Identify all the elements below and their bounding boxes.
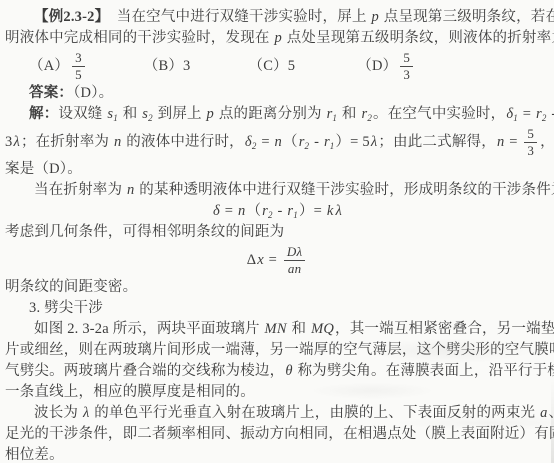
section-heading: 3. 劈尖干涉 (5, 298, 550, 319)
text-segment: ）= (299, 203, 326, 219)
discussion-line-3: 明条纹的间距变密。 (5, 277, 550, 298)
text-segment: = (265, 252, 281, 268)
text-segment: = (519, 106, 535, 122)
text-segment: ，故正确答 (540, 134, 554, 150)
text-segment: 。在空气中实验时， (373, 106, 505, 122)
text-segment: 明条纹的间距变密。 (5, 279, 137, 295)
text-segment: 和 (288, 321, 310, 337)
text-segment: 点的距离分别为 (215, 106, 326, 122)
math-variable: r2 (360, 106, 373, 122)
text-segment: 称为劈尖角。在薄膜表面上，沿平行于棱边的 (294, 363, 554, 379)
text-segment: （ (246, 203, 261, 219)
text-segment: 设双缝 (58, 106, 106, 122)
text-segment: （ (283, 134, 298, 150)
wedge-para-line-1: 如图 2. 3-2a 所示，两块平面玻璃片 MN 和 MQ，其一端互相紧密叠合，… (5, 319, 550, 340)
text-segment: 气劈尖。两玻璃片叠合端的交线称为棱边， (5, 363, 284, 379)
math-variable: r2 (535, 106, 548, 122)
math-variable: r1 (326, 106, 339, 122)
math-variable: λ (334, 203, 342, 219)
text-segment: （B）3 (144, 58, 191, 74)
wedge-para-line-2: 片或细丝，则在两玻璃片间形成一端薄，另一端厚的空气薄层，这个劈尖形的空气膜叫做空 (5, 340, 550, 361)
text-segment: 点呈现第三级明条纹，若在某透 (380, 9, 554, 25)
text-segment: Δ (247, 252, 257, 268)
text-segment: （C）5 (249, 58, 296, 74)
text-segment: 的单色平行光垂直入射在玻璃片上，由膜的上、下表面反射的两束光 (90, 405, 539, 421)
text-segment: 、 (549, 405, 554, 421)
math-variable: n (496, 134, 505, 150)
math-variable: δ (212, 203, 221, 219)
text-segment: 的某种透明液体中进行双缝干涉实验时，形成明条纹的干涉条件为 (135, 182, 554, 198)
answer-line: 答案：（D）。 (5, 83, 550, 104)
bold-label: 答案： (29, 85, 73, 101)
math-variable: x (256, 252, 265, 268)
text-segment: 当在折射率为 (34, 182, 126, 198)
math-variable: MQ (310, 321, 335, 337)
solution-line-1: 解：设双缝 s1 和 s2 到屏上 p 点的距离分别为 r1 和 r2。在空气中… (5, 104, 550, 125)
math-variable: p (371, 9, 380, 25)
math-variable: r2 (261, 203, 274, 219)
text-segment: 考虑到几何条件，可得相邻明条纹的间距为 (5, 224, 284, 240)
formula-fringe-spacing: Δx = Dλan (5, 243, 550, 277)
text-segment: 和 (338, 106, 360, 122)
math-variable: r2 (298, 134, 311, 150)
light-para-line-3: 相位差。 (5, 445, 550, 463)
text-segment: 一条直线上，相应的膜厚度是相同的。 (5, 384, 255, 400)
fraction: 53 (400, 51, 413, 83)
text-segment: 片或细丝，则在两玻璃片间形成一端薄，另一端厚的空气薄层，这个劈尖形的空气膜叫做空 (5, 342, 554, 358)
text-segment: = (505, 134, 521, 150)
text-segment: - (548, 106, 554, 122)
light-para-line-2: 足光的干涉条件，即二者频率相同、振动方向相同，在相遇点处（膜上表面附近）有固定 (5, 424, 550, 445)
question-line-2: 明液体中完成相同的干涉实验时，发现在 p 点处呈现第五级明条纹，则液体的折射率为 (5, 28, 550, 49)
math-variable: n (274, 134, 283, 150)
options-line: （A）35（B）3（C）5（D）53 (5, 49, 550, 83)
bold-label: 解： (29, 106, 58, 122)
wedge-para-line-3: 气劈尖。两玻璃片叠合端的交线称为棱边，θ 称为劈尖角。在薄膜表面上，沿平行于棱边… (5, 361, 550, 382)
solution-line-3: 案是（D）。 (5, 159, 550, 180)
math-variable: s1 (106, 106, 119, 122)
solution-line-2: 3λ；在折射率为 n 的液体中进行时，δ2 = n（r2 - r1）= 5λ；由… (5, 125, 550, 159)
discussion-line-2: 考虑到几何条件，可得相邻明条纹的间距为 (5, 222, 550, 243)
text-segment: ，其一端互相紧密叠合，另一端垫一薄纸 (335, 321, 554, 337)
document-body: 【例2.3-2】 当在空气中进行双缝干涉实验时，屏上 p 点呈现第三级明条纹，若… (0, 0, 554, 463)
math-variable: p (273, 30, 282, 46)
text-segment: = (221, 203, 237, 219)
math-variable: r1 (323, 134, 336, 150)
text-segment: 3. 劈尖干涉 (29, 300, 103, 316)
example-title-line: 【例2.3-2】 当在空气中进行双缝干涉实验时，屏上 p 点呈现第三级明条纹，若… (5, 7, 550, 28)
bold-label: 【例2.3-2】 (34, 9, 102, 25)
math-variable: p (206, 106, 215, 122)
math-variable: n (113, 134, 122, 150)
text-segment: 足光的干涉条件，即二者频率相同、振动方向相同，在相遇点处（膜上表面附近）有固定 (5, 426, 554, 442)
light-para-line-1: 波长为 λ 的单色平行光垂直入射在玻璃片上，由膜的上、下表面反射的两束光 a、b… (5, 403, 550, 424)
math-variable: θ (284, 363, 293, 379)
text-segment: 点处呈现第五级明条纹，则液体的折射率为 (283, 30, 554, 46)
fraction: Dλan (284, 245, 305, 277)
fraction: 53 (524, 127, 537, 159)
text-segment: 到屏上 (154, 106, 206, 122)
text-segment: - (310, 134, 323, 150)
text-segment: ；在折射率为 (21, 134, 113, 150)
math-variable: δ1 (505, 106, 519, 122)
text-segment: 波长为 (34, 405, 82, 421)
math-variable: MN (264, 321, 288, 337)
formula-interference-condition: δ = n（r2 - r1）= kλ (5, 201, 550, 222)
text-segment: 的液体中进行时， (122, 134, 243, 150)
text-segment: （D） (357, 58, 397, 74)
math-variable: a (539, 405, 548, 421)
fraction: 35 (72, 51, 85, 83)
text-segment: 和 (119, 106, 141, 122)
text-segment: （D）。 (73, 85, 113, 101)
math-variable: s2 (141, 106, 154, 122)
math-variable: λ (12, 134, 20, 150)
math-variable: r1 (286, 203, 299, 219)
text-segment: ）= 5 (335, 134, 369, 150)
text-segment: 如图 2. 3-2a 所示，两块平面玻璃片 (34, 321, 264, 337)
text-segment: （A） (29, 58, 69, 74)
text-segment: 明液体中完成相同的干涉实验时，发现在 (5, 30, 273, 46)
text-segment: 当在空气中进行双缝干涉实验时，屏上 (102, 9, 370, 25)
text-segment: 相位差。 (5, 447, 64, 463)
text-segment: 案是（D）。 (5, 161, 82, 177)
discussion-line-1: 当在折射率为 n 的某种透明液体中进行双缝干涉实验时，形成明条纹的干涉条件为 (5, 180, 550, 201)
text-segment: - (274, 203, 287, 219)
text-segment: ；由此二式解得， (378, 134, 496, 150)
text-segment: = (258, 134, 274, 150)
math-variable: δ2 (244, 134, 258, 150)
wedge-para-line-4: 一条直线上，相应的膜厚度是相同的。 (5, 382, 550, 403)
